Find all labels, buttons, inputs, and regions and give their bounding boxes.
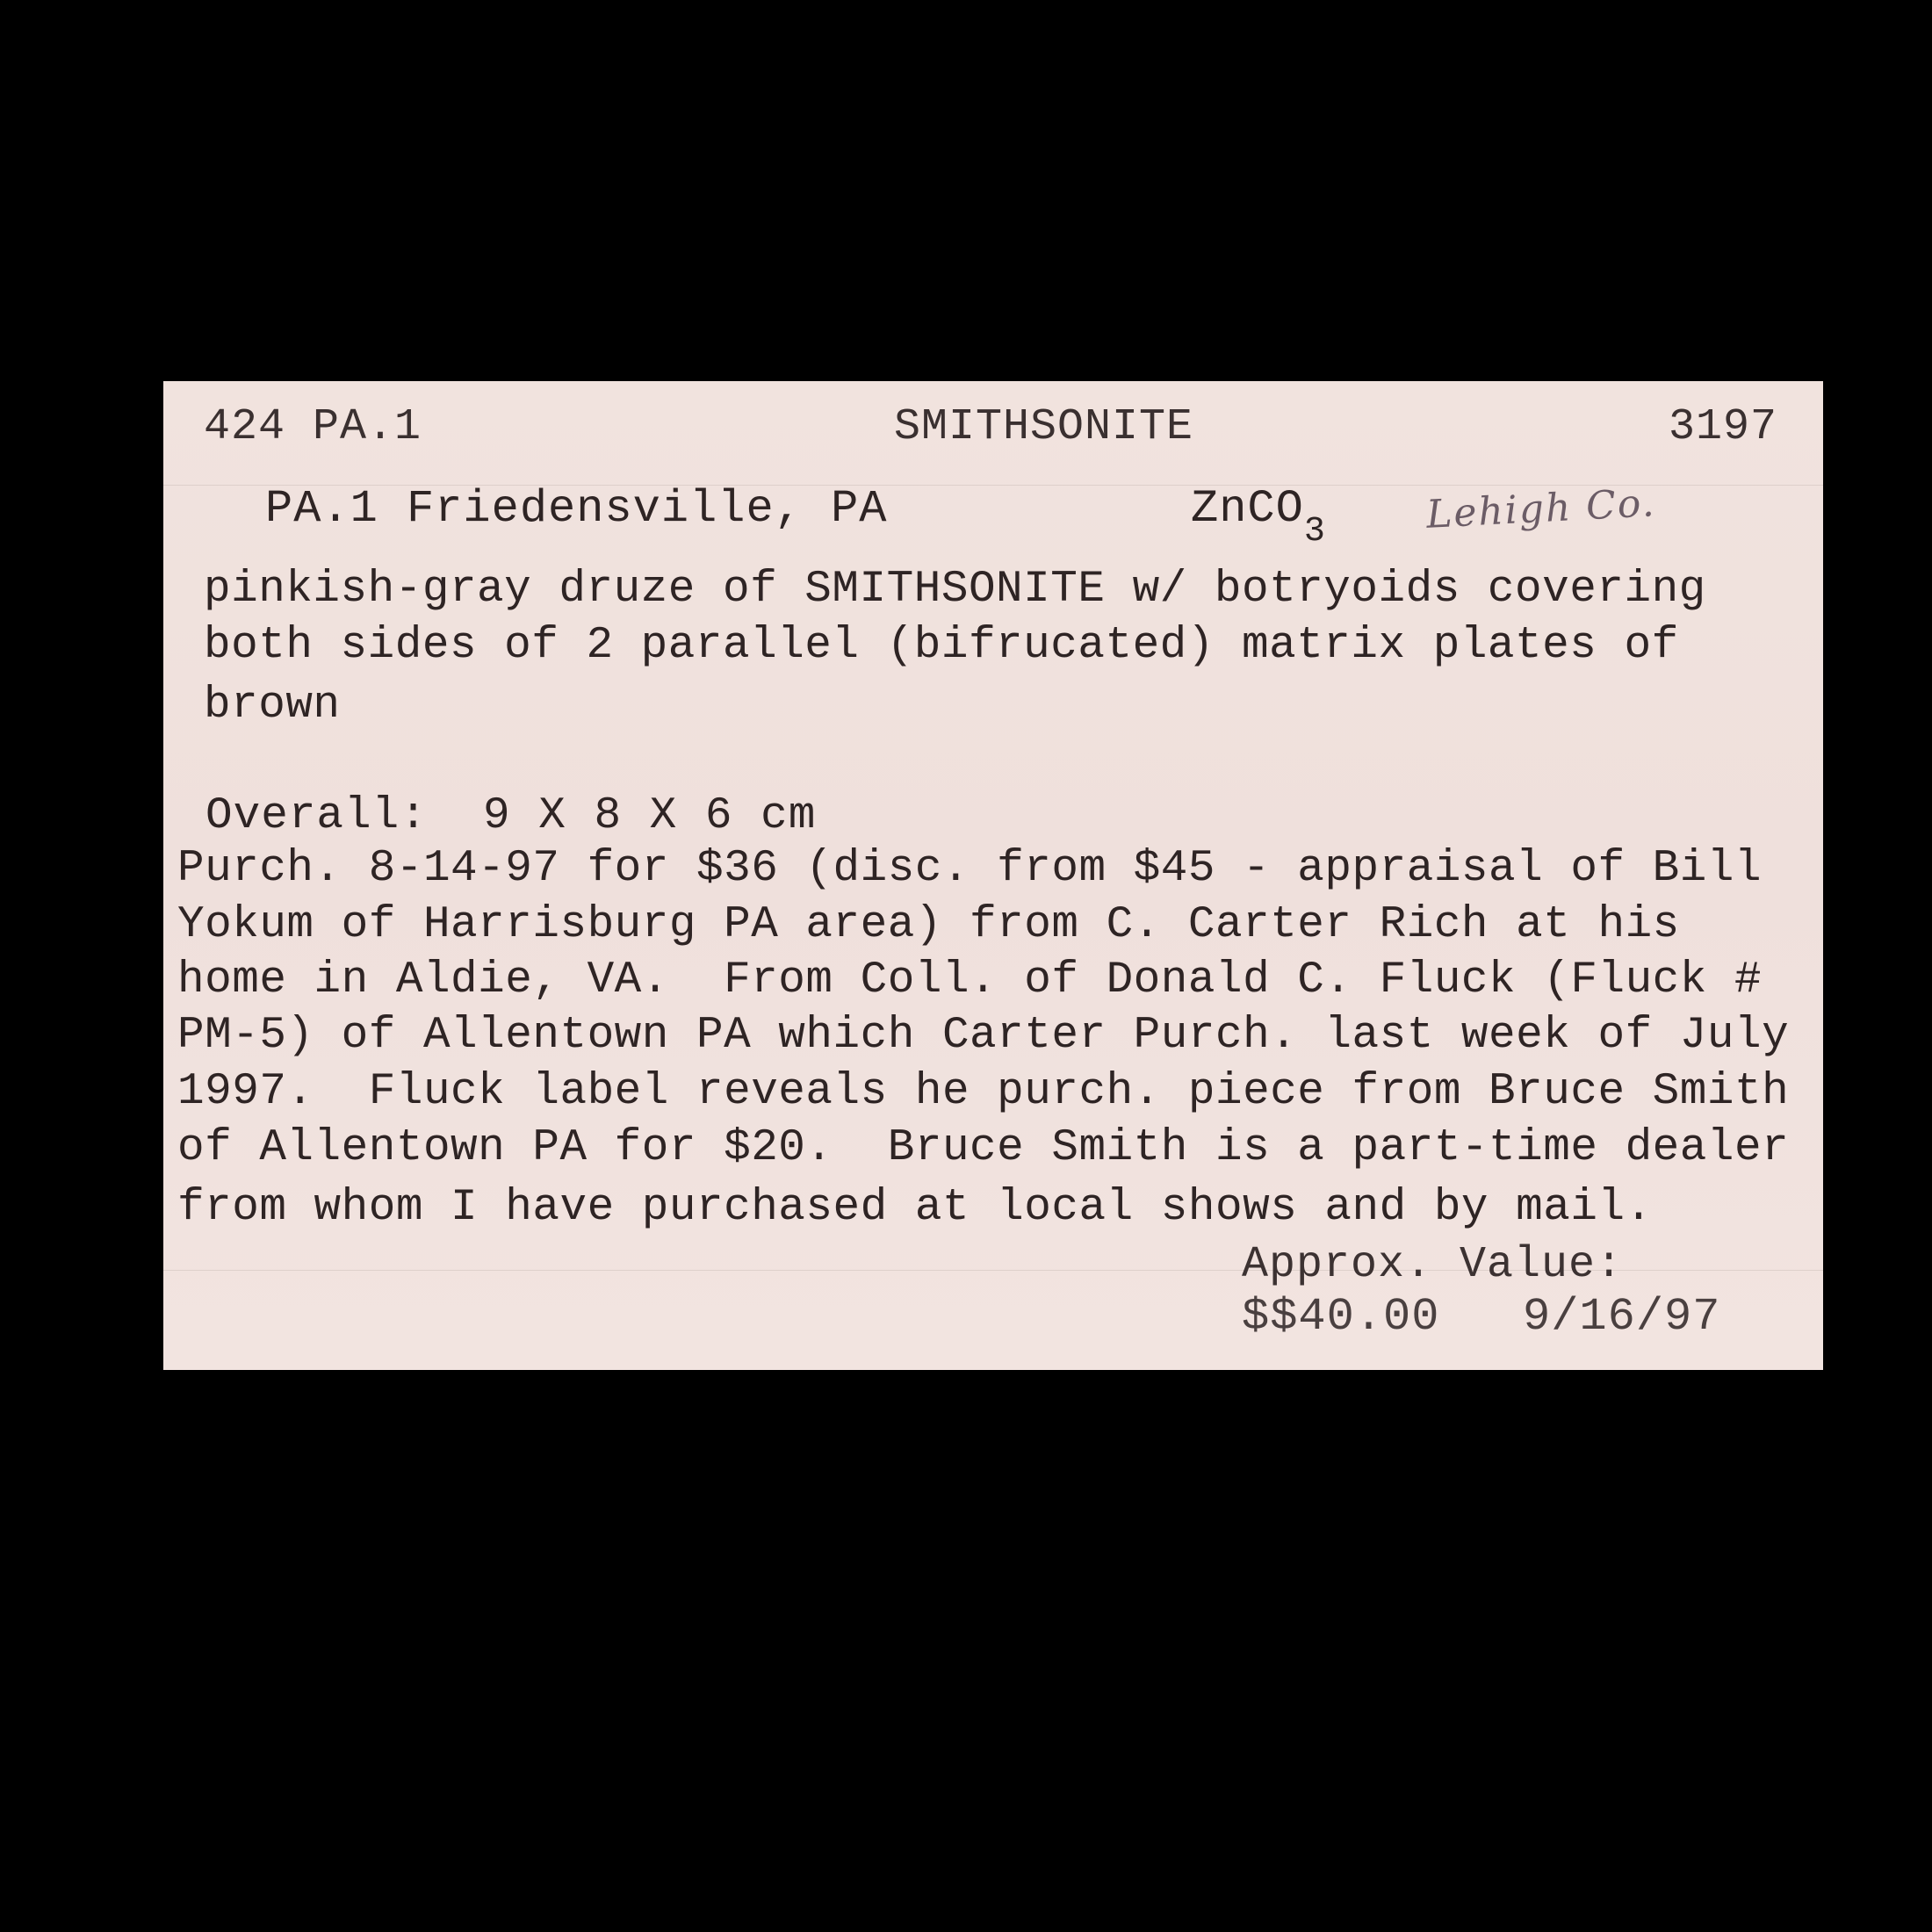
provenance-line: from whom I have purchased at local show… — [177, 1186, 1653, 1230]
approx-value-date: 9/16/97 — [1523, 1294, 1720, 1340]
provenance-line: Purch. 8-14-97 for $36 (disc. from $45 -… — [177, 847, 1762, 891]
approx-value-amount: $$40.00 — [1242, 1294, 1439, 1340]
handwritten-county-note: Lehigh Co. — [1425, 480, 1657, 537]
specimen-label-card: 424 PA.1 SMITHSONITE 3197 PA.1 Friedensv… — [163, 381, 1823, 1370]
provenance-line: PM-5) of Allentown PA which Carter Purch… — [177, 1013, 1789, 1058]
locality: PA.1 Friedensville, PA — [265, 487, 888, 532]
provenance-line: home in Aldie, VA. From Coll. of Donald … — [177, 958, 1762, 1003]
formula-subscript: 3 — [1304, 512, 1326, 551]
description-line: pinkish-gray druze of SMITHSONITE w/ bot… — [204, 567, 1706, 612]
mineral-name: SMITHSONITE — [894, 406, 1193, 450]
catalog-reference: 424 PA.1 — [204, 406, 422, 450]
approx-value-label: Approx. Value: — [1242, 1244, 1623, 1287]
formula-base: ZnCO — [1191, 483, 1304, 535]
specimen-number: 3197 — [1669, 406, 1777, 450]
chemical-formula: ZnCO3 — [1191, 487, 1326, 532]
provenance-line: Yokum of Harrisburg PA area) from C. Car… — [177, 903, 1680, 948]
provenance-line: 1997. Fluck label reveals he purch. piec… — [177, 1070, 1789, 1114]
dimensions: Overall: 9 X 8 X 6 cm — [205, 794, 816, 839]
provenance-line: of Allentown PA for $20. Bruce Smith is … — [177, 1126, 1789, 1171]
description-line: brown — [204, 683, 341, 728]
description-line: both sides of 2 parallel (bifrucated) ma… — [204, 624, 1679, 668]
